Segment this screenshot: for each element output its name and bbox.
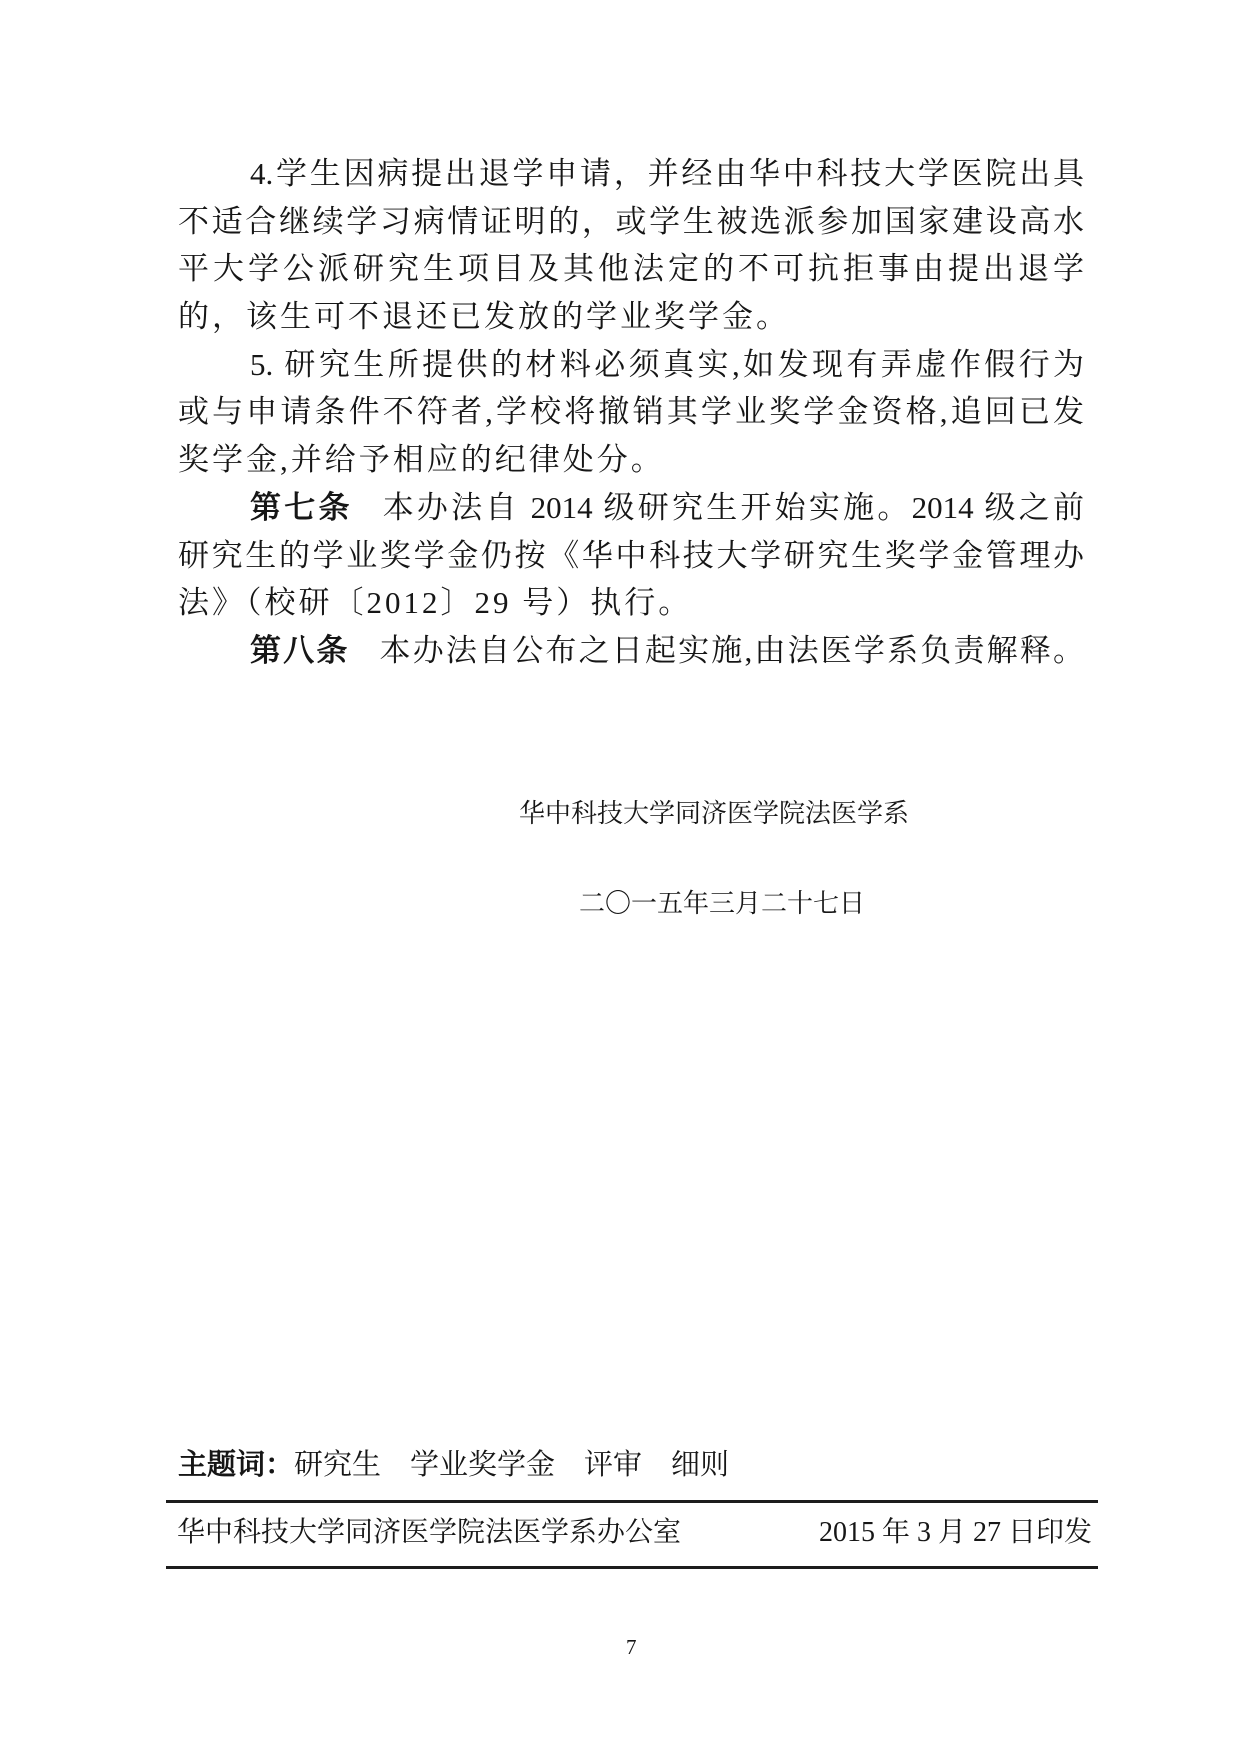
topic-keywords-label: 主题词： (178, 1449, 294, 1481)
article-7-term: 第七条 (250, 490, 353, 525)
paragraph-4-line-1: 4.学生因病提出退学申请，并经由华中科技大学医院出具 (178, 150, 1084, 198)
article-7-line-3: 法》（校研〔2012〕29 号）执行。 (178, 579, 1084, 627)
topic-keywords-line: 主题词：研究生 学业奖学金 评审 细则 (178, 1446, 729, 1484)
signature-date: 二〇一五年三月二十七日 (579, 887, 865, 921)
topic-keywords-value: 研究生 学业奖学金 评审 细则 (294, 1449, 729, 1481)
footer-issuer-row: 华中科技大学同济医学院法医学系办公室 2015 年 3 月 27 日印发 (166, 1509, 1098, 1557)
article-8-term: 第八条 (250, 633, 350, 668)
document-page: 4.学生因病提出退学申请，并经由华中科技大学医院出具 不适合继续学习病情证明的，… (0, 0, 1241, 1755)
paragraph-4-line-4: 的，该生可不退还已发放的学业奖学金。 (178, 293, 1084, 341)
article-7-line-2: 研究生的学业奖学金仍按《华中科技大学研究生奖学金管理办 (178, 532, 1084, 580)
paragraph-5-line-3: 奖学金,并给予相应的纪律处分。 (178, 436, 1084, 484)
footer-rule-bottom (166, 1566, 1098, 1569)
footer-rule-top (166, 1500, 1098, 1503)
paragraph-4-line-3: 平大学公派研究生项目及其他法定的不可抗拒事由提出退学 (178, 245, 1084, 293)
paragraph-5-line-1: 5. 研究生所提供的材料必须真实,如发现有弄虚作假行为 (178, 341, 1084, 389)
article-8-text: 本办法自公布之日起实施,由法医学系负责解释。 (380, 633, 1084, 668)
document-body: 4.学生因病提出退学申请，并经由华中科技大学医院出具 不适合继续学习病情证明的，… (178, 150, 1084, 675)
footer-office: 华中科技大学同济医学院法医学系办公室 (177, 1509, 681, 1557)
footer-print-date: 2015 年 3 月 27 日印发 (819, 1509, 1092, 1557)
article-8-line: 第八条本办法自公布之日起实施,由法医学系负责解释。 (178, 627, 1084, 675)
article-7-line-1: 第七条本办法自 2014 级研究生开始实施。2014 级之前 (178, 484, 1084, 532)
signature-issuer: 华中科技大学同济医学院法医学系 (519, 797, 909, 831)
article-7-text: 本办法自 2014 级研究生开始实施。2014 级之前 (383, 490, 1084, 525)
page-number: 7 (626, 1634, 637, 1660)
paragraph-5-line-2: 或与申请条件不符者,学校将撤销其学业奖学金资格,追回已发 (178, 388, 1084, 436)
paragraph-4-line-2: 不适合继续学习病情证明的，或学生被选派参加国家建设高水 (178, 198, 1084, 246)
